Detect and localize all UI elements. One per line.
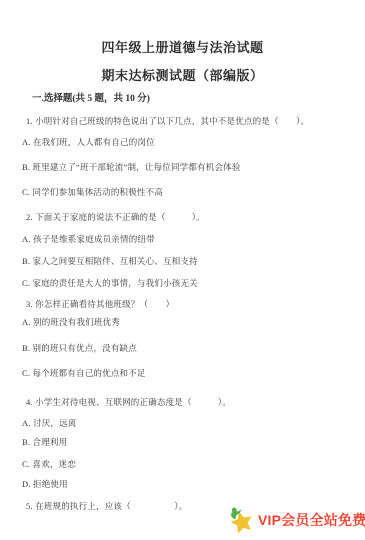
question-3-text: 3. 你怎样正确看待其他班级？（ ） <box>26 299 174 310</box>
question-1-text: 1. 小明针对自己班级的特色说出了以下几点，其中不是优点的是（ ）。 <box>26 116 309 127</box>
question-4-option-c: C. 喜欢，迷恋 <box>22 459 76 470</box>
question-4-option-d: D. 拒绝使用 <box>22 479 68 490</box>
question-2-option-c: C. 家庭的责任是大人的事情，与我们小孩无关 <box>22 278 198 289</box>
question-5-text: 5. 在班规的执行上，应该（ ）。 <box>26 501 187 512</box>
question-1-option-b: B. 班里建立了“班干部轮流”制，让每位同学都有机会体验 <box>22 162 241 173</box>
question-4-text: 4. 小学生对待电视、互联网的正确态度是（ ）。 <box>26 397 231 408</box>
question-3-option-b: B. 别的班只有优点，没有缺点 <box>22 343 137 354</box>
question-2-option-a: A. 孩子是维系家庭成员亲情的纽带 <box>22 234 155 245</box>
question-1-option-a: A. 在我们班，人人都有自己的岗位 <box>22 137 155 148</box>
question-2-text: 2. 下面关于家庭的说法不正确的是（ ）。 <box>26 212 205 223</box>
question-4-option-b: B. 合理利用 <box>22 437 67 448</box>
vip-watermark-text: VIP会员全站免费 <box>258 510 365 530</box>
question-2-option-b: B. 家人之间要互相陪伴、互相关心、互相支持 <box>22 256 198 267</box>
section-header: 一.选择题(共 5 题，共 10 分) <box>32 94 150 105</box>
question-3-option-c: C. 每个班都有自己的优点和不足 <box>22 368 146 379</box>
question-3-option-a: A. 别的班没有我们班优秀 <box>22 317 120 328</box>
vip-star-icon <box>227 504 257 536</box>
page-title: 四年级上册道德与法治试题 <box>0 37 365 56</box>
question-4-option-a: A. 讨厌，远离 <box>22 418 77 429</box>
document-page: 四年级上册道德与法治试题 期末达标测试题（部编版） 一.选择题(共 5 题，共 … <box>0 0 365 540</box>
vip-watermark-banner[interactable]: VIP会员全站免费 <box>227 503 365 537</box>
page-subtitle: 期末达标测试题（部编版） <box>0 65 365 84</box>
question-1-option-c: C. 同学们参加集体活动的积极性不高 <box>22 187 163 198</box>
